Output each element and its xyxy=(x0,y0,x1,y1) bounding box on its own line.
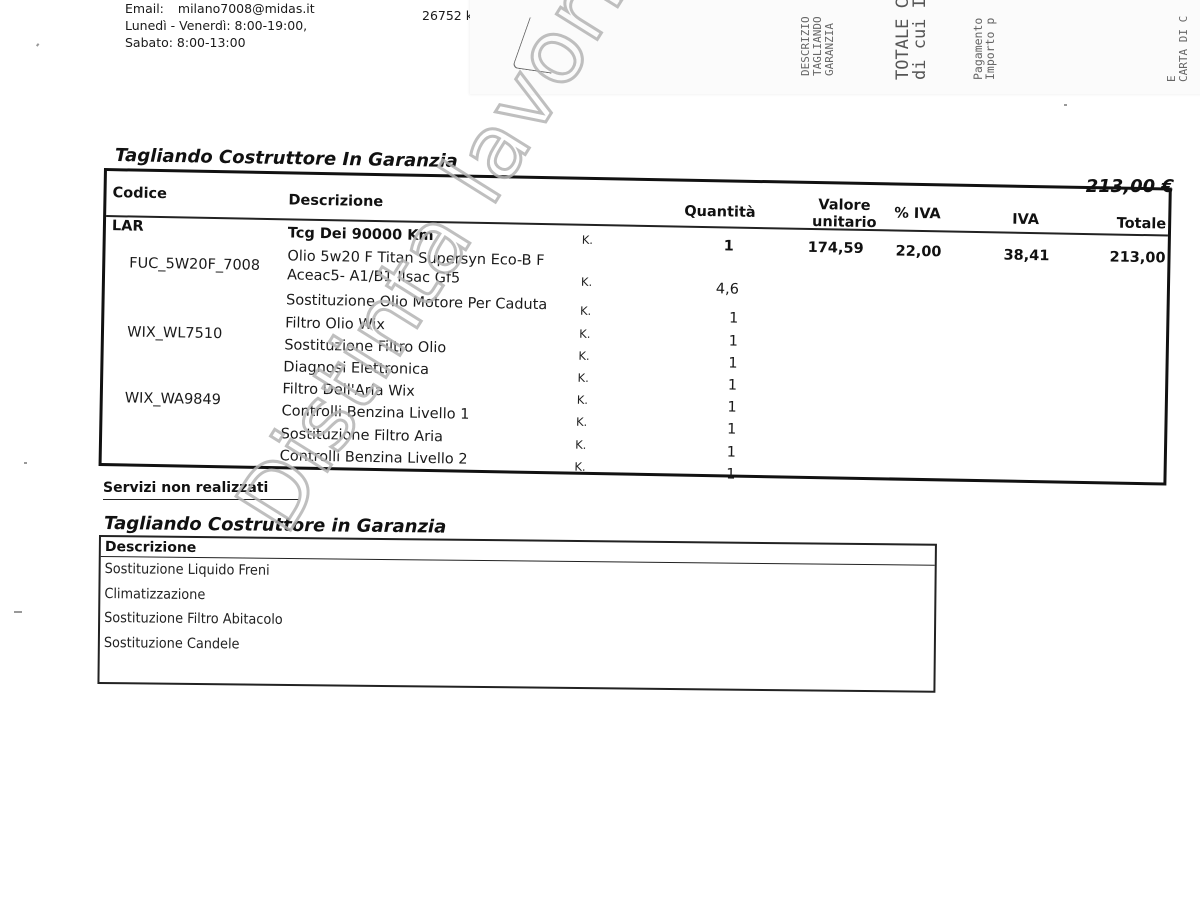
not-performed-title: Tagliando Costruttore in Garanzia xyxy=(104,513,447,538)
item-description: Diagnosi Elettronica xyxy=(283,359,429,378)
scan-speck xyxy=(24,462,27,464)
receipt-line: CARTA DI C xyxy=(1178,0,1190,82)
col-descrizione: Descrizione xyxy=(288,192,383,210)
shop-info: Email: milano7008@midas.it Lunedì - Vene… xyxy=(125,0,315,51)
receipt-line: Importo p xyxy=(984,0,996,80)
not-performed-item: Sostituzione Filtro Abitacolo xyxy=(104,610,283,628)
item-unit: K. xyxy=(580,304,591,318)
group-code: LAR xyxy=(112,218,144,235)
item-code: WIX_WA9849 xyxy=(125,391,221,409)
group-unit: K. xyxy=(582,233,593,247)
receipt-payment: Pagamento Importo p xyxy=(972,0,996,80)
item-unit: K. xyxy=(578,349,589,363)
item-description: Olio 5w20 F Titan Supersyn Eco-B F xyxy=(287,248,544,269)
item-unit: K. xyxy=(577,393,588,407)
item-unit: K. xyxy=(579,326,590,340)
item-quantity: 1 xyxy=(728,355,738,371)
receipt-line: di cui IV xyxy=(912,0,929,80)
not-performed-item: Climatizzazione xyxy=(104,586,205,603)
email-label: Email: xyxy=(125,0,164,17)
item-rows: FUC_5W20F_7008Olio 5w20 F Titan Supersyn… xyxy=(107,171,1169,190)
item-quantity: 1 xyxy=(728,377,738,393)
section-title: Tagliando Costruttore In Garanzia xyxy=(115,145,458,172)
group-vat: 38,41 xyxy=(1003,248,1049,265)
col-iva: IVA xyxy=(1012,212,1039,228)
group-description: Tcg Dei 90000 Km xyxy=(288,225,434,244)
receipt-card: E CARTA DI C xyxy=(1166,0,1190,82)
item-quantity: 1 xyxy=(729,311,739,327)
item-unit: K. xyxy=(577,371,588,385)
not-performed-heading: Servizi non realizzati xyxy=(103,480,299,500)
item-quantity: 1 xyxy=(726,466,736,482)
item-code: WIX_WL7510 xyxy=(127,324,222,342)
col-totale: Totale xyxy=(1117,216,1167,233)
item-unit: K. xyxy=(581,275,592,289)
col-valore-line2: unitario xyxy=(812,214,876,232)
not-performed-item: Sostituzione Candele xyxy=(104,635,240,652)
item-quantity: 1 xyxy=(727,422,737,438)
shop-email: milano7008@midas.it xyxy=(178,0,315,17)
works-table: Codice Descrizione Quantità Valore unita… xyxy=(99,168,1172,486)
not-performed-table: Descrizione Sostituzione Liquido FreniCl… xyxy=(97,535,937,693)
scan-speck xyxy=(36,43,39,46)
col-valore-line1: Valore xyxy=(812,197,876,215)
header-divider xyxy=(106,215,1168,236)
group-total: 213,00 xyxy=(1109,249,1165,266)
col-codice: Codice xyxy=(112,185,167,202)
item-description: Sostituzione Filtro Olio xyxy=(284,337,446,356)
item-quantity: 1 xyxy=(729,333,739,349)
group-unit-value: 174,59 xyxy=(808,240,864,257)
receipt-line: GARANZIA xyxy=(824,0,836,76)
item-code: FUC_5W20F_7008 xyxy=(129,255,260,273)
item-description: Controlli Benzina Livello 2 xyxy=(280,448,468,467)
hours-saturday: Sabato: 8:00-13:00 xyxy=(125,34,315,51)
item-description: Filtro Olio Wix xyxy=(285,315,385,333)
scan-speck xyxy=(14,611,22,613)
item-quantity: 1 xyxy=(727,444,737,460)
item-description: Sostituzione Olio Motore Per Caduta xyxy=(286,293,547,314)
receipt-total: TOTALE CO di cui IV xyxy=(895,0,929,80)
receipt-description: DESCRIZIO TAGLIANDO GARANZIA xyxy=(800,0,836,76)
not-performed-rows: Sostituzione Liquido FreniClimatizzazion… xyxy=(101,537,935,546)
col-descrizione: Descrizione xyxy=(105,539,197,556)
col-valore-unitario: Valore unitario xyxy=(812,197,877,232)
item-unit: K. xyxy=(575,437,586,451)
item-description: Filtro Dell'Aria Wix xyxy=(282,381,415,399)
scan-speck xyxy=(1064,104,1067,106)
hours-weekdays: Lunedì - Venerdì: 8:00-19:00, xyxy=(125,17,315,34)
group-vat-rate: 22,00 xyxy=(895,244,941,261)
item-quantity: 1 xyxy=(727,400,737,416)
item-unit: K. xyxy=(574,459,585,473)
item-description-line2: Aceac5- A1/B1 Ilsac Gf5 xyxy=(287,267,460,286)
col-perc-iva: % IVA xyxy=(894,205,941,222)
group-quantity: 1 xyxy=(724,238,734,254)
item-quantity: 4,6 xyxy=(716,281,739,297)
not-performed-item: Sostituzione Liquido Freni xyxy=(105,561,270,579)
col-quantita: Quantità xyxy=(684,204,756,221)
item-description: Sostituzione Filtro Aria xyxy=(281,426,444,445)
item-description: Controlli Benzina Livello 1 xyxy=(281,404,469,423)
item-unit: K. xyxy=(576,415,587,429)
